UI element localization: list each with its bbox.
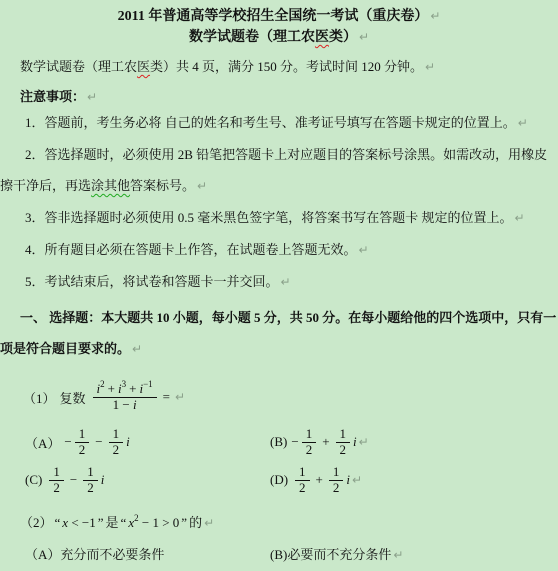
option-2b-label: (B) [270,547,287,562]
question-1-label: （1） [23,388,56,407]
section-1-heading: 一、 选择题：本大题共 10 小题，每小题 5 分，共 50 分。在每小题给他的… [0,302,558,365]
option-1a: （A） − 12 − 12 i [25,423,130,461]
math-operator: + [108,381,115,396]
math-var: i [346,472,350,488]
question-1-lead: 复数 [60,388,86,407]
notice-heading-text: 注意事项： [20,89,85,104]
notice-item-4-text: 4．所有题目必须在答题卡上作答，在试题卷上答题无效。 [25,242,357,257]
quote-mark: “ [55,515,61,530]
math-relation: < −1 [68,515,96,530]
question-1: （1） 复数 i2+i3+i−1 1 − i = ↵ [23,371,558,423]
math-var: i [353,434,357,450]
math-exponent: 2 [100,379,105,389]
paragraph-mark-icon: ↵ [87,90,97,104]
option-1d-frac2: 12 [329,465,344,496]
spellcheck-underline: 医 [137,59,150,74]
notice-item-2-post: 答案标号。 [130,178,195,193]
notice-item-1: 1．答题前，考生务必将 自己的姓名和考生号、准考证号填写在答题卡规定的位置上。↵ [0,107,558,139]
option-1c-label: (C) [25,472,42,488]
paragraph-mark-icon: ↵ [359,435,369,449]
exam-title-line2-pre: 数学试题卷（理工农 [189,30,315,45]
paragraph-mark-icon: ↵ [359,30,369,44]
notice-item-3-text: 3．答非选择题时必须使用 0.5 毫米黑色签字笔，将答案书写在答题卡 规定的位置… [25,210,513,225]
notice-item-4: 4．所有题目必须在答题卡上作答，在试题卷上答题无效。↵ [0,234,558,266]
paragraph-mark-icon: ↵ [175,390,185,404]
option-1b-label: (B) [270,434,287,450]
option-2b: (B)必要而不充分条件↵ [270,545,403,565]
option-1b: (B) − 12 + 12 i ↵ [270,423,369,461]
math-operator: − [95,434,102,450]
exam-title-line1: 2011 年普通高等学校招生全国统一考试（重庆卷）↵ [0,6,558,27]
question-2-label: （2） [20,515,53,530]
notice-item-3: 3．答非选择题时必须使用 0.5 毫米黑色签字笔，将答案书写在答题卡 规定的位置… [0,202,558,234]
option-1b-frac1: 12 [302,427,317,458]
paragraph-mark-icon: ↵ [359,243,369,257]
option-1c: (C) 12 − 12 i [25,461,104,499]
question-1-fraction-denominator: 1 − i [109,398,141,413]
exam-title-line2-post: 类） [329,30,357,45]
option-1c-frac1: 12 [49,465,64,496]
question-2: （2）“x < −1”是“x2 − 1 > 0”的↵ [20,511,558,535]
math-relation: − 1 > 0 [139,515,180,530]
exam-intro-line: 数学试题卷（理工农医类）共 4 页，满分 150 分。考试时间 120 分钟。↵ [20,57,558,77]
math-operator: + [322,434,329,450]
notice-item-5: 5．考试结束后，将试卷和答题卡一并交回。↵ [0,266,558,298]
paragraph-mark-icon: ↵ [430,9,440,23]
paragraph-mark-icon: ↵ [352,473,362,487]
option-1a-frac1: 12 [75,427,90,458]
spellcheck-underline: 医 [315,30,329,45]
quote-mark: “ [121,515,127,530]
grammar-underline: 涂其他 [91,178,130,193]
question-2-mid: 是 [106,515,119,530]
option-1d: (D) 12 + 12 i ↵ [270,461,362,499]
question-1-options-row-2: (C) 12 − 12 i (D) 12 + 12 i ↵ [25,461,558,499]
question-1-fraction-numerator: i2+i3+i−1 [93,382,157,398]
notice-item-2: 2．答选择题时，必须使用 2B 铅笔把答题卡上对应题目的答案标号涂黑。如需改动，… [0,139,558,202]
option-2a: （A）充分而不必要条件 [25,547,164,562]
option-1a-label: （A） [25,433,60,452]
notice-item-2-pre: 2．答选择题时，必须使用 2B 铅笔把答题卡上对应题目的答案标号涂黑。如需改动，… [0,147,547,193]
math-sign: − [291,434,298,450]
paragraph-mark-icon: ↵ [515,211,525,225]
exam-title-line1-text: 2011 年普通高等学校招生全国统一考试（重庆卷） [118,9,429,24]
option-1c-frac2: 12 [83,465,98,496]
paragraph-mark-icon: ↵ [204,516,214,530]
math-var: i [126,434,130,450]
question-1-fraction: i2+i3+i−1 1 − i [93,382,157,413]
paragraph-mark-icon: ↵ [425,60,435,74]
math-exponent: 3 [122,379,127,389]
notice-item-5-text: 5．考试结束后，将试卷和答题卡一并交回。 [25,274,279,289]
option-2b-text: 必要而不充分条件 [287,547,391,562]
option-2a-text: 充分而不必要条件 [60,547,164,562]
question-2-options-row: （A）充分而不必要条件 (B)必要而不充分条件↵ [25,545,558,565]
option-1b-frac2: 12 [336,427,351,458]
option-1a-frac2: 12 [109,427,124,458]
math-sign: − [64,434,71,450]
math-const: 1 − [113,397,133,412]
paragraph-mark-icon: ↵ [281,275,291,289]
math-operator: + [316,472,323,488]
quote-mark: ” [181,515,187,530]
exam-document-page: 2011 年普通高等学校招生全国统一考试（重庆卷）↵ 数学试题卷（理工农医类）↵… [0,0,558,565]
paragraph-mark-icon: ↵ [518,116,528,130]
math-var: i [133,397,137,412]
math-operator: + [129,381,136,396]
paragraph-mark-icon: ↵ [197,179,207,193]
math-operator: − [70,472,77,488]
option-2a-label: （A） [25,547,60,562]
section-1-heading-text: 一、 选择题：本大题共 10 小题，每小题 5 分，共 50 分。在每小题给他的… [0,310,556,356]
paragraph-mark-icon: ↵ [393,548,403,562]
math-var: i [101,472,105,488]
intro-pre: 数学试题卷（理工农 [20,59,137,74]
notice-item-1-text: 1．答题前，考生务必将 自己的姓名和考生号、准考证号填写在答题卡规定的位置上。 [25,115,516,130]
paragraph-mark-icon: ↵ [132,342,142,356]
question-2-tail: 的 [189,515,202,530]
option-1d-frac1: 12 [295,465,310,496]
exam-title-line2: 数学试题卷（理工农医类）↵ [0,27,558,48]
notice-heading: 注意事项：↵ [20,87,558,107]
math-exponent: −1 [143,379,153,389]
option-1d-label: (D) [270,472,288,488]
question-1-options-row-1: （A） − 12 − 12 i (B) − 12 + 12 i ↵ [25,423,558,461]
quote-mark: ” [98,515,104,530]
intro-post: 类）共 4 页，满分 150 分。考试时间 120 分钟。 [150,59,423,74]
equals-sign: = [163,389,170,405]
